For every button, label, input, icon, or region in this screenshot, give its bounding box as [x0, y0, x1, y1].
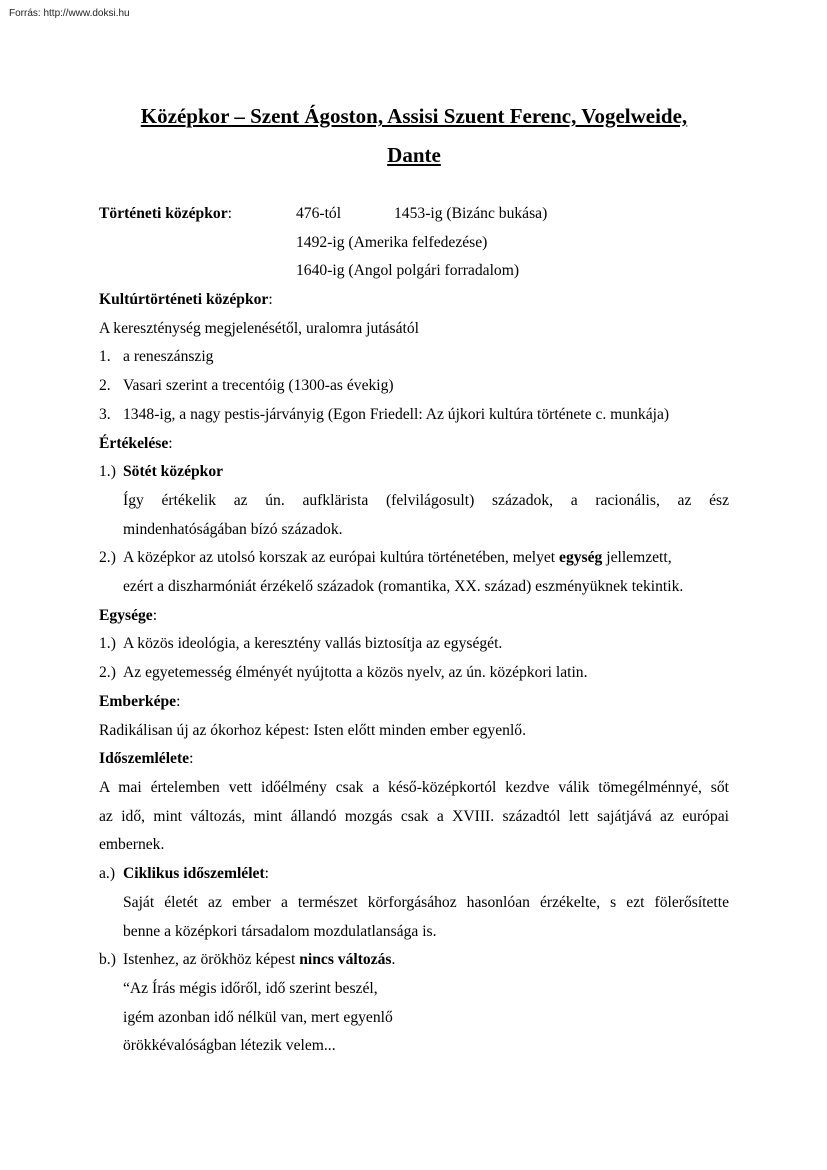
item-number: 2.) [99, 548, 123, 568]
list-item: 1.)A közös ideológia, a keresztény vallá… [99, 634, 502, 654]
item-heading: Sötét középkor [123, 463, 223, 480]
list-item: 2.Vasari szerint a trecentóig (1300-as é… [99, 376, 394, 396]
historical-end-3: 1640-ig (Angol polgári forradalom) [296, 261, 519, 281]
paragraph-line: embernek. [99, 835, 164, 855]
item-number: 1. [99, 347, 123, 367]
cultural-label: Kultúrtörténeti középkor [99, 291, 268, 308]
colon: : [265, 865, 269, 882]
historical-row-1: Történeti középkor: 476-tól 1453-ig (Biz… [99, 204, 729, 224]
unity-heading: Egysége: [99, 606, 157, 626]
list-item: 3.1348-ig, a nagy pestis-járványig (Egon… [99, 405, 669, 425]
quote-line: “Az Írás mégis időről, idő szerint beszé… [123, 979, 378, 999]
text: jellemzett, [602, 549, 671, 566]
human-image-heading: Emberképe: [99, 692, 180, 712]
text: Istenhez, az örökhöz képest [123, 951, 299, 968]
paragraph-line: Így értékelik az ún. aufklärista (felvil… [123, 491, 729, 511]
paragraph-line: Radikálisan új az ókorhoz képest: Isten … [99, 721, 526, 741]
quote-line: igém azonban idő nélkül van, mert egyenl… [123, 1008, 393, 1028]
list-item: a.)Ciklikus időszemlélet: [99, 864, 269, 884]
unity-label: Egysége [99, 607, 153, 624]
item-text: Vasari szerint a trecentóig (1300-as éve… [123, 377, 394, 394]
colon: : [189, 750, 193, 767]
evaluation-heading: Értékelése: [99, 434, 173, 454]
text: . [392, 951, 396, 968]
historical-label: Történeti középkor [99, 205, 228, 222]
paragraph-line: A mai értelemben vett időélmény csak a k… [99, 778, 729, 798]
quote-line: örökkévalóságban létezik velem... [123, 1036, 336, 1056]
list-item: 2.)Az egyetemesség élményét nyújtotta a … [99, 663, 588, 683]
item-number: 2. [99, 376, 123, 396]
paragraph-line: ezért a diszharmóniát érzékelő századok … [123, 577, 683, 597]
item-number: 1.) [99, 462, 123, 482]
emphasis: egység [559, 549, 602, 566]
list-item: 2.)A középkor az utolsó korszak az európ… [99, 548, 729, 568]
paragraph-line: Saját életét az ember a természet körfor… [123, 893, 729, 913]
colon: : [228, 205, 232, 222]
item-text: 1348-ig, a nagy pestis-járványig (Egon F… [123, 406, 669, 423]
paragraph-line: az idő, mint változás, mint állandó mozg… [99, 807, 729, 827]
evaluation-label: Értékelése [99, 435, 168, 452]
item-number: b.) [99, 950, 123, 970]
list-item: 1.)Sötét középkor [99, 462, 223, 482]
item-text: a reneszánszig [123, 348, 213, 365]
source-label: Forrás: http://www.doksi.hu [9, 8, 130, 19]
colon: : [153, 607, 157, 624]
list-item: 1.a reneszánszig [99, 347, 213, 367]
emphasis: nincs változás [299, 951, 391, 968]
time-view-label: Időszemlélete [99, 750, 189, 767]
list-item: b.)Istenhez, az örökhöz képest nincs vál… [99, 950, 395, 970]
time-view-heading: Időszemlélete: [99, 749, 193, 769]
colon: : [268, 291, 272, 308]
item-text: A közös ideológia, a keresztény vallás b… [123, 635, 502, 652]
item-number: 2.) [99, 663, 123, 683]
historical-end-2: 1492-ig (Amerika felfedezése) [296, 233, 487, 253]
cultural-intro: A kereszténység megjelenésétől, uralomra… [99, 319, 419, 339]
item-heading: Ciklikus időszemlélet [123, 865, 265, 882]
cultural-heading: Kultúrtörténeti középkor: [99, 290, 273, 310]
paragraph-line: mindenhatóságában bízó századok. [123, 520, 343, 540]
colon: : [168, 435, 172, 452]
colon: : [176, 693, 180, 710]
item-number: a.) [99, 864, 123, 884]
text: A középkor az utolsó korszak az európai … [123, 549, 559, 566]
item-number: 1.) [99, 634, 123, 654]
item-number: 3. [99, 405, 123, 425]
title-line-1: Középkor – Szent Ágoston, Assisi Szuent … [99, 97, 729, 136]
item-text: Az egyetemesség élményét nyújtotta a köz… [123, 664, 588, 681]
page-title: Középkor – Szent Ágoston, Assisi Szuent … [99, 97, 729, 175]
paragraph-line: benne a középkori társadalom mozdulatlan… [123, 922, 437, 942]
historical-end-1: 1453-ig (Bizánc bukása) [394, 204, 547, 224]
title-line-2: Dante [99, 136, 729, 175]
human-image-label: Emberképe [99, 693, 176, 710]
historical-start: 476-tól [296, 204, 341, 224]
